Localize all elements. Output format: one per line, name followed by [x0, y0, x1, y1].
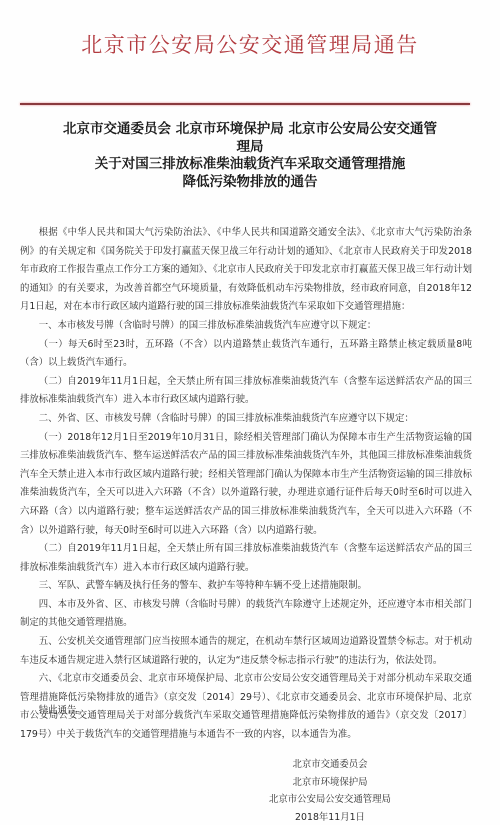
red-header-title: 北京市公安局公安交通管理局通告	[0, 31, 500, 59]
paragraph-section-2-item-2: （二）自2019年11月1日起，全天禁止所有国三排放标准柴油载货汽车（含整车运送…	[20, 540, 472, 577]
paragraph-section-1-item-2: （二）自2019年11月1日起，全天禁止所有国三排放标准柴油载货汽车（含整车运送…	[20, 373, 472, 410]
document-body: 根据《中华人民共和国大气污染防治法》、《中华人民共和国道路交通安全法》、《北京市…	[20, 224, 472, 745]
paragraph-section-2-item-1: （一）2018年12月1日至2019年10月31日，除经相关管理部门确认为保障本…	[20, 429, 472, 541]
signature-block: 北京市交通委员会 北京市环境保护局 北京市公安局公安交通管理局 2018年11月…	[230, 756, 430, 825]
closing-statement: 特此通告。	[20, 702, 86, 716]
signature-date: 2018年11月1日	[230, 809, 430, 825]
paragraph-section-5: 五、公安机关交通管理部门应当按照本通告的规定，在机动车禁行区域周边道路设置禁令标…	[20, 633, 472, 670]
signature-transport-commission: 北京市交通委员会	[230, 756, 430, 774]
notice-page: 北京市公安局公安交通管理局通告 北京市交通委员会 北京市环境保护局 北京市公安局…	[0, 0, 500, 825]
heading-line-subject: 关于对国三排放标准柴油载货汽车采取交通管理措施	[22, 156, 478, 174]
red-divider-rule	[20, 103, 470, 105]
paragraph-section-4: 四、本市及外省、区、市核发号牌（含临时号牌）的载货汽车除遵守上述规定外，还应遵守…	[20, 596, 472, 633]
paragraph-section-3: 三、军队、武警车辆及执行任务的警车、救护车等特种车辆不受上述措施限制。	[20, 577, 472, 596]
paragraph-section-6: 六、《北京市交通委员会、北京市环境保护局、北京市公安局公安交通管理局关于对部分机…	[20, 670, 472, 744]
signature-environment-bureau: 北京市环境保护局	[230, 774, 430, 792]
paragraph-section-1-item-1: （一）每天6时至23时，五环路（不含）以内道路禁止载货汽车通行，五环路主路禁止核…	[20, 336, 472, 373]
heading-line-issuers-cont: 理局	[22, 139, 478, 157]
signature-traffic-management-bureau: 北京市公安局公安交通管理局	[230, 791, 430, 809]
paragraph-section-1: 一、本市核发号牌（含临时号牌）的国三排放标准柴油载货汽车应遵守以下规定：	[20, 317, 472, 336]
paragraph-preamble: 根据《中华人民共和国大气污染防治法》、《中华人民共和国道路交通安全法》、《北京市…	[20, 224, 472, 317]
heading-line-issuers: 北京市交通委员会 北京市环境保护局 北京市公安局公安交通管	[22, 121, 478, 139]
heading-line-subject-cont: 降低污染物排放的通告	[22, 174, 478, 192]
document-heading: 北京市交通委员会 北京市环境保护局 北京市公安局公安交通管 理局 关于对国三排放…	[22, 121, 478, 191]
paragraph-section-2: 二、外省、区、市核发号牌（含临时号牌）的国三排放标准柴油载货汽车应遵守以下规定：	[20, 410, 472, 429]
